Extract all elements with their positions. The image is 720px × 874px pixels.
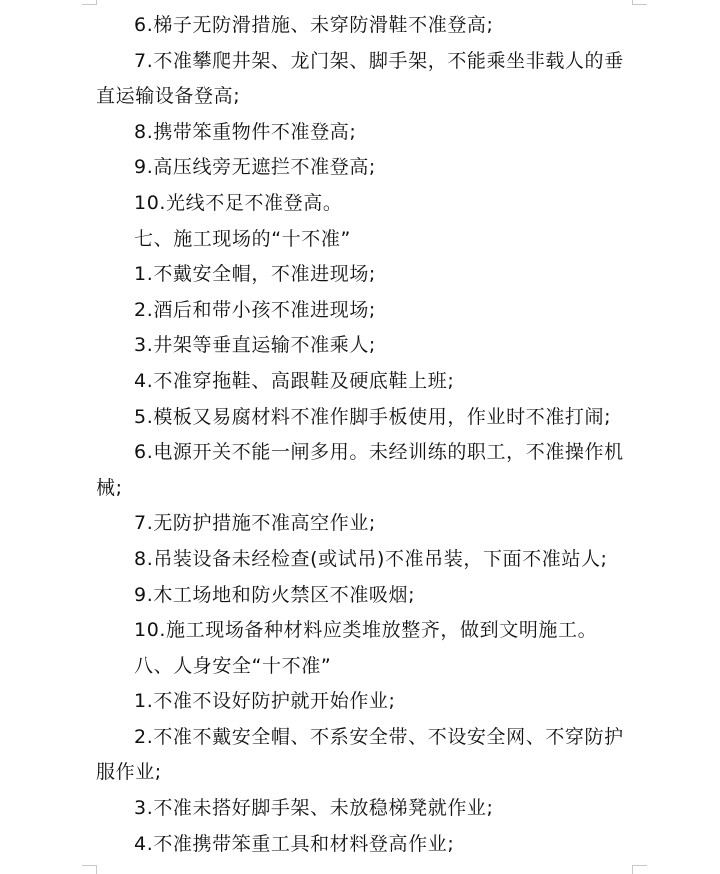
paragraph: 7.不准攀爬井架、龙门架、脚手架，不能乘坐非载人的垂直运输设备登高;: [96, 44, 632, 115]
section-heading: 七、施工现场的“十不准”: [96, 222, 632, 258]
paragraph: 8.吊装设备未经检查(或试吊)不准吊装，下面不准站人;: [96, 542, 632, 578]
paragraph: 4.不准携带笨重工具和材料登高作业;: [96, 827, 632, 863]
document-page: 6.梯子无防滑措施、未穿防滑鞋不准登高; 7.不准攀爬井架、龙门架、脚手架，不能…: [0, 0, 720, 874]
page-corner-mark-bottom-left: [82, 865, 97, 874]
paragraph: 1.不戴安全帽，不准进现场;: [96, 257, 632, 293]
paragraph: 6.梯子无防滑措施、未穿防滑鞋不准登高;: [96, 8, 632, 44]
paragraph: 7.无防护措施不准高空作业;: [96, 506, 632, 542]
paragraph: 5.模板又易腐材料不准作脚手板使用，作业时不准打闹;: [96, 400, 632, 436]
document-body: 6.梯子无防滑措施、未穿防滑鞋不准登高; 7.不准攀爬井架、龙门架、脚手架，不能…: [96, 8, 632, 862]
section-heading: 八、人身安全“十不准”: [96, 649, 632, 685]
paragraph: 10.施工现场备种材料应类堆放整齐，做到文明施工。: [96, 613, 632, 649]
paragraph: 3.井架等垂直运输不准乘人;: [96, 328, 632, 364]
paragraph: 10.光线不足不准登高。: [96, 186, 632, 222]
paragraph: 9.高压线旁无遮拦不准登高;: [96, 150, 632, 186]
paragraph: 6.电源开关不能一闸多用。未经训练的职工，不准操作机械;: [96, 435, 632, 506]
page-corner-mark-top-right: [632, 0, 647, 5]
paragraph: 4.不准穿拖鞋、高跟鞋及硬底鞋上班;: [96, 364, 632, 400]
paragraph: 2.酒后和带小孩不准进现场;: [96, 293, 632, 329]
paragraph: 3.不准未搭好脚手架、未放稳梯凳就作业;: [96, 791, 632, 827]
paragraph: 2.不准不戴安全帽、不系安全带、不设安全网、不穿防护服作业;: [96, 720, 632, 791]
page-corner-mark-top-left: [82, 0, 97, 5]
paragraph: 1.不准不设好防护就开始作业;: [96, 684, 632, 720]
page-corner-mark-bottom-right: [632, 865, 647, 874]
paragraph: 9.木工场地和防火禁区不准吸烟;: [96, 578, 632, 614]
paragraph: 8.携带笨重物件不准登高;: [96, 115, 632, 151]
